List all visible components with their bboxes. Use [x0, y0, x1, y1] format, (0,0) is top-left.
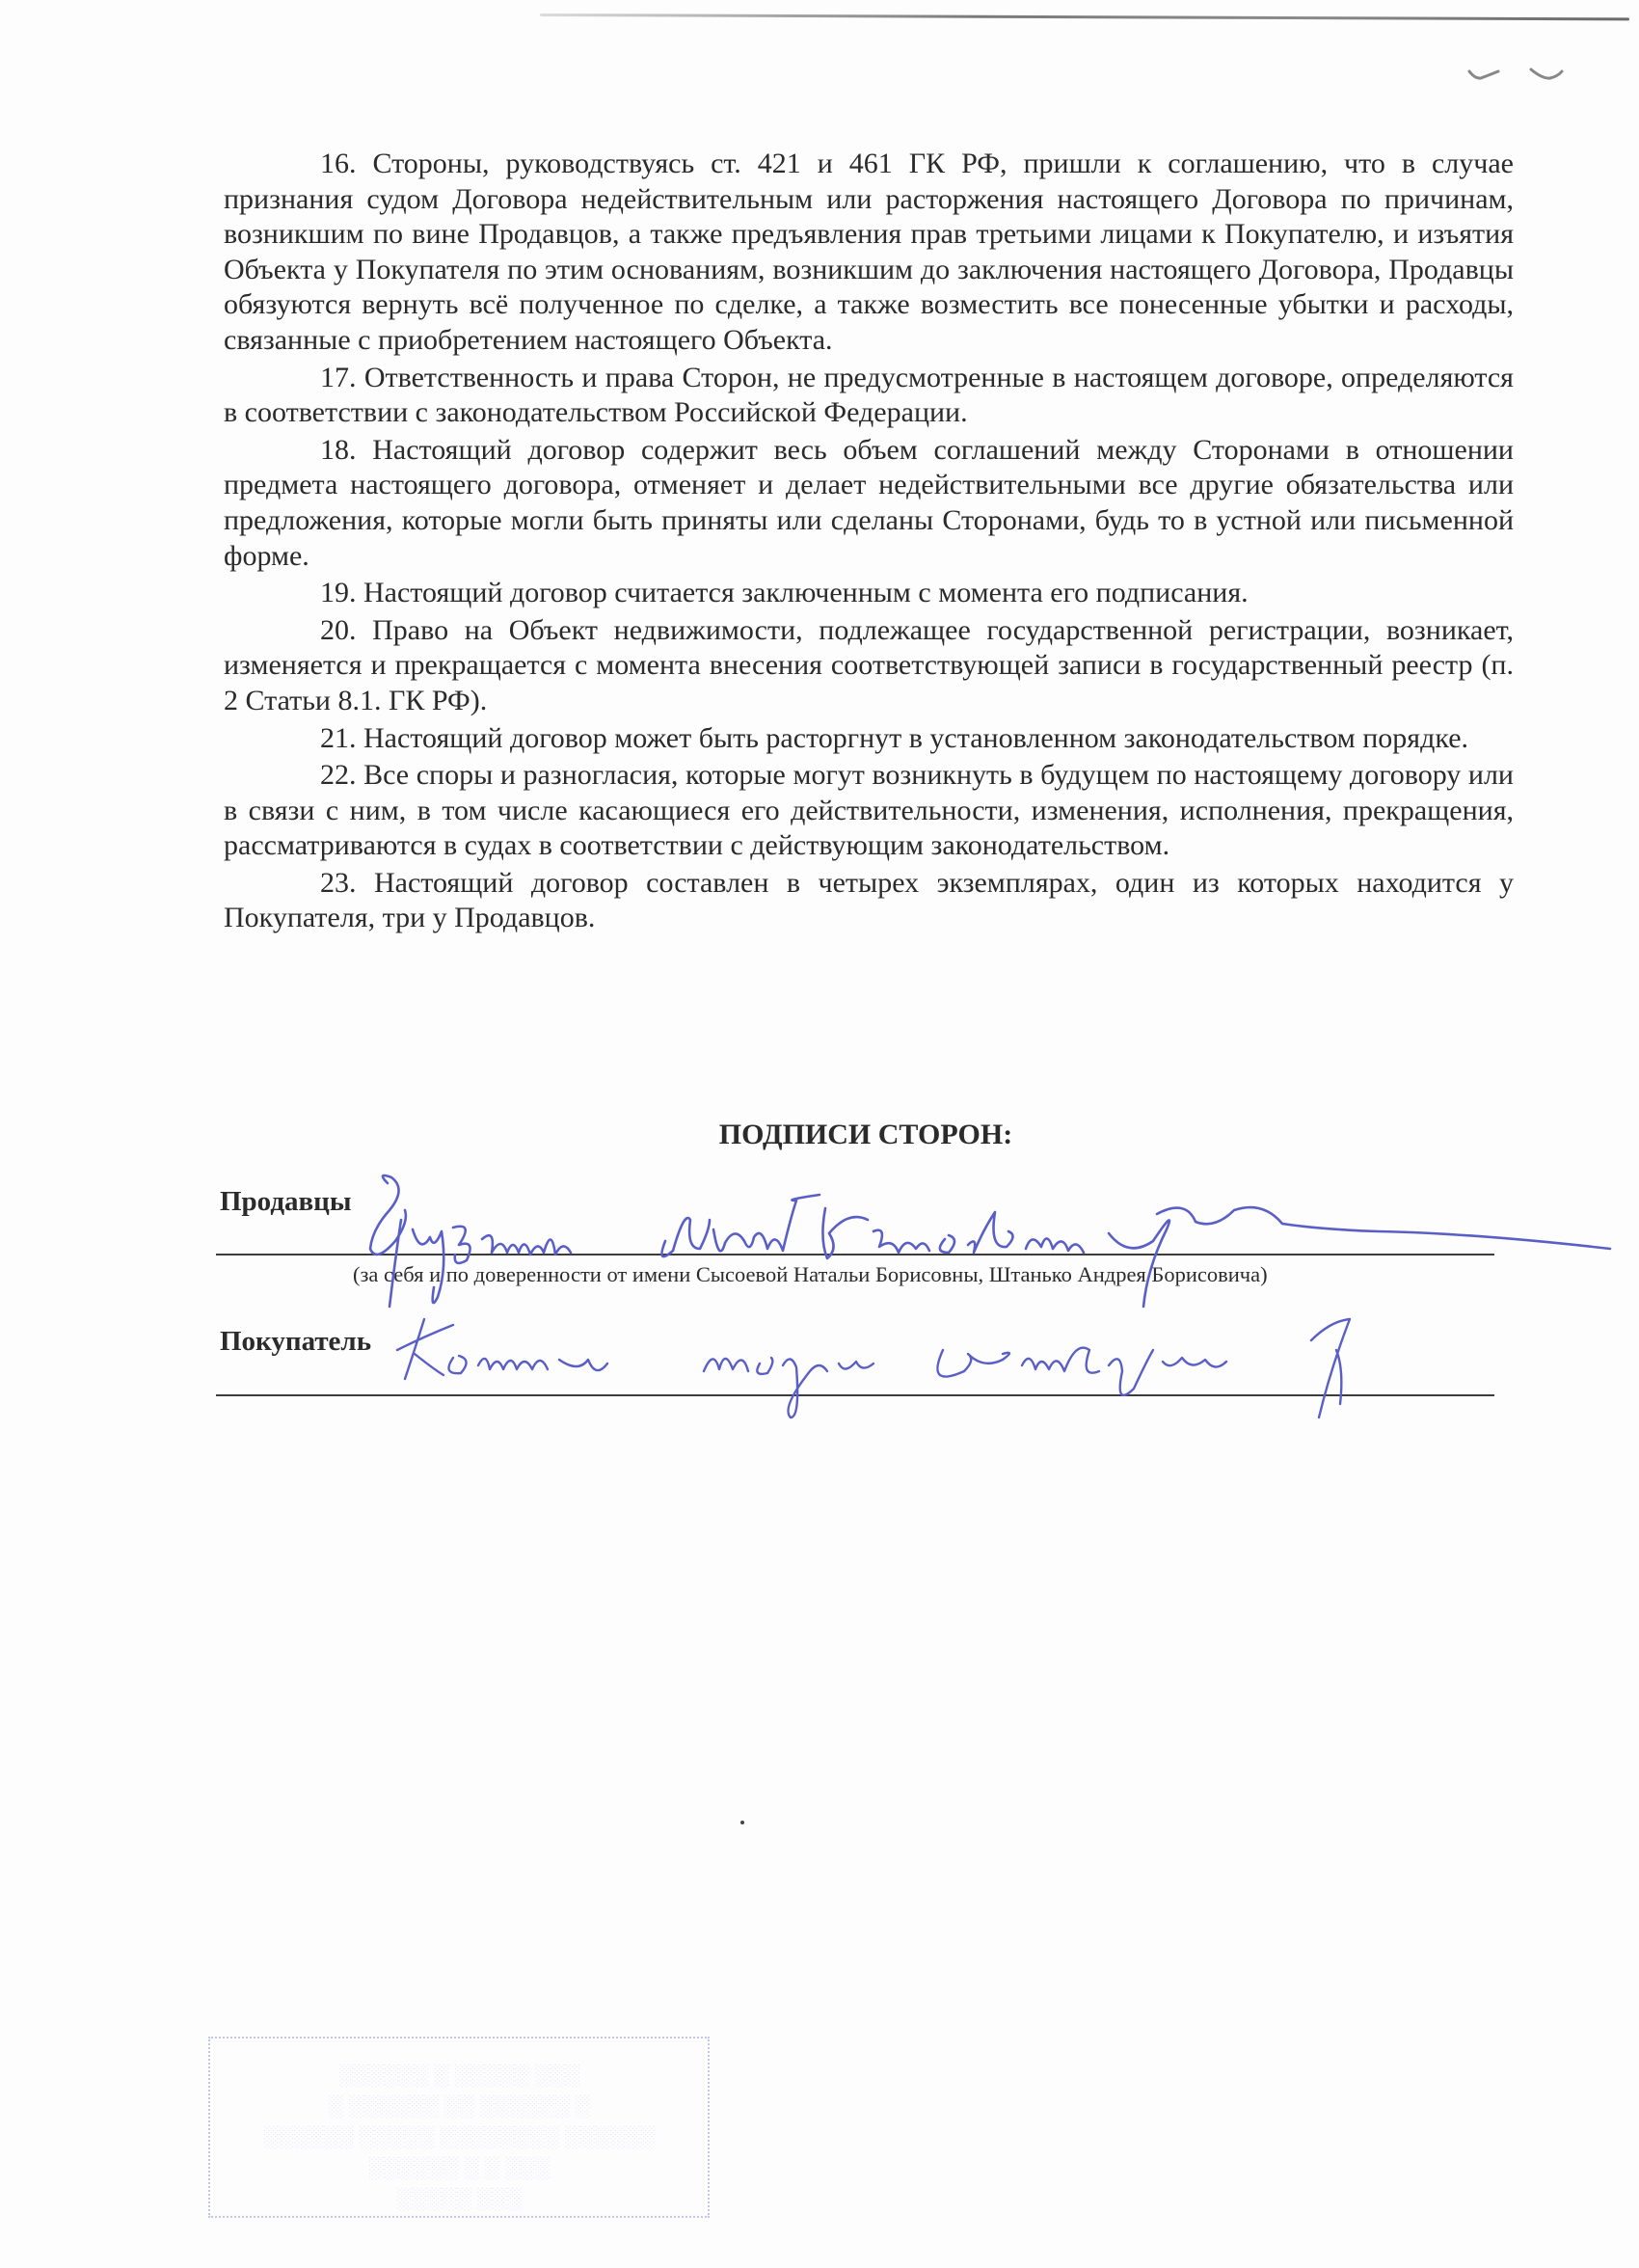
check-mark-icon [1467, 64, 1502, 83]
clause-17: 17. Ответственность и права Сторон, не п… [224, 361, 1514, 431]
stamp-line: ░░░░░░ ░ ░ ░░░ [210, 2152, 708, 2183]
scan-edge-line [540, 13, 1629, 20]
clause-23: 23. Настоящий договор составлен в четыре… [224, 866, 1514, 936]
contract-body: 16. Стороны, руководствуясь ст. 421 и 46… [224, 147, 1514, 938]
clause-21: 21. Настоящий договор может быть расторг… [224, 721, 1514, 757]
check-mark-icon [1529, 64, 1564, 83]
stamp-line: ░░░░░░ ░ ░░░░░ ░░░ [210, 2060, 708, 2091]
stamp-line: ░░░░░░ ░░░░░ ░░░░░░░░ ░░░░░░ [210, 2121, 708, 2152]
sellers-handwritten-signature [366, 1172, 1620, 1316]
buyer-label: Покупатель [220, 1326, 371, 1358]
stamp-line: ░░░░░ ░░░ [210, 2183, 708, 2214]
clause-22: 22. Все споры и разногласия, которые мог… [224, 758, 1514, 864]
buyer-handwritten-signature [386, 1311, 1504, 1427]
clause-16: 16. Стороны, руководствуясь ст. 421 и 46… [224, 147, 1514, 359]
clause-20: 20. Право на Объект недвижимости, подлеж… [224, 613, 1514, 719]
sellers-label: Продавцы [220, 1186, 352, 1218]
stamp-line: ░ ░░░░░░ ░░ ░░░░░░ ░ [210, 2091, 708, 2121]
clause-18: 18. Настоящий договор содержит весь объе… [224, 433, 1514, 574]
scan-speck [740, 1821, 744, 1824]
signatures-heading: ПОДПИСИ СТОРОН: [0, 1119, 1639, 1151]
faded-stamp: ░░░░░░ ░ ░░░░░ ░░░ ░ ░░░░░░ ░░ ░░░░░░ ░ … [208, 2037, 710, 2218]
clause-19: 19. Настоящий договор считается заключен… [224, 576, 1514, 611]
